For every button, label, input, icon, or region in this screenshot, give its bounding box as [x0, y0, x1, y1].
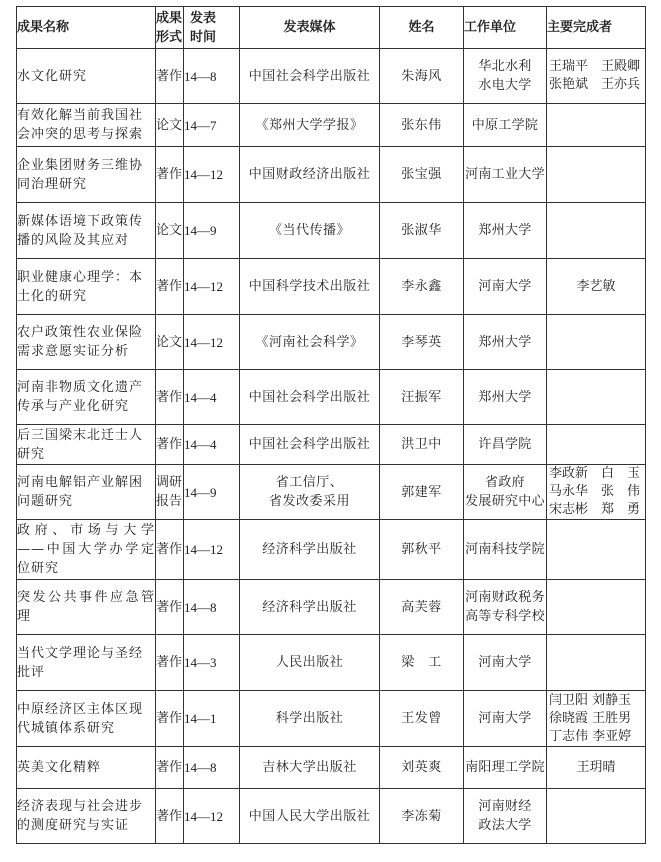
date-cell: 14—12 — [184, 147, 240, 203]
unit-line: 河南财经 — [464, 797, 546, 816]
title-cell: 政府、市场与大学——中国大学办学定位研究 — [17, 520, 156, 580]
name-cell: 张淑华 — [380, 203, 464, 259]
unit-cell: 河南工业大学 — [464, 147, 547, 203]
table-row: 英美文化精粹 著作 14—8 吉林大学出版社 刘英爽 南阳理工学院 王玥晴 — [17, 747, 646, 789]
form-cell: 著作 — [156, 580, 184, 635]
form-cell: 著作 — [156, 147, 184, 203]
title-cell: 新媒体语境下政策传播的风险及其应对 — [17, 203, 156, 259]
form-cell: 论文 — [156, 315, 184, 370]
unit-cell: 河南大学 — [464, 635, 547, 691]
date-cell: 14—7 — [184, 104, 240, 147]
table-row: 政府、市场与大学——中国大学办学定位研究 著作 14—12 经济科学出版社 郭秋… — [17, 520, 646, 580]
name-cell: 梁 工 — [380, 635, 464, 691]
media-cell: 《当代传播》 — [240, 203, 380, 259]
date-cell: 14—4 — [184, 370, 240, 425]
people-cell — [547, 203, 646, 259]
form-cell: 著作 — [156, 789, 184, 844]
unit-cell: 河南科技学院 — [464, 520, 547, 580]
table-row: 有效化解当前我国社会冲突的思考与探索 论文 14—7 《郑州大学学报》 张东伟 … — [17, 104, 646, 147]
form-line: 调研 — [156, 473, 183, 492]
name-cell: 洪卫中 — [380, 425, 464, 465]
name-cell: 李琴英 — [380, 315, 464, 370]
unit-line: 省政府 — [464, 473, 546, 492]
title-cell: 后三国梁末北迁士人研究 — [17, 425, 156, 465]
people-line: 张艳斌 王亦兵 — [547, 76, 645, 94]
unit-cell: 中原工学院 — [464, 104, 547, 147]
date-cell: 14—8 — [184, 747, 240, 789]
media-cell: 中国科学技术出版社 — [240, 259, 380, 315]
people-line: 王瑞平 王殿卿 — [547, 58, 645, 76]
header-media: 发表媒体 — [240, 7, 380, 49]
unit-cell: 省政府发展研究中心 — [464, 465, 547, 520]
title-cell: 河南非物质文化遗产传承与产业化研究 — [17, 370, 156, 425]
header-date-line1: 发表 — [190, 9, 239, 28]
people-line: 徐晓霞 王胜男 — [547, 710, 645, 728]
media-cell: 中国社会科学出版社 — [240, 49, 380, 104]
form-cell: 著作 — [156, 691, 184, 747]
people-cell — [547, 315, 646, 370]
unit-cell: 郑州大学 — [464, 315, 547, 370]
title-cell: 英美文化精粹 — [17, 747, 156, 789]
name-cell: 高芙蓉 — [380, 580, 464, 635]
form-cell: 著作 — [156, 520, 184, 580]
name-cell: 刘英爽 — [380, 747, 464, 789]
media-cell: 《郑州大学学报》 — [240, 104, 380, 147]
header-people: 主要完成者 — [547, 7, 646, 49]
header-form-line2: 形式 — [156, 28, 183, 47]
title-cell: 突发公共事件应急管理 — [17, 580, 156, 635]
people-cell: 王瑞平 王殿卿张艳斌 王亦兵 — [547, 49, 646, 104]
date-cell: 14—12 — [184, 789, 240, 844]
achievements-table: 成果名称 成果形式 发表时间 发表媒体 姓名 工作单位 主要完成者 水文化研究 … — [16, 6, 646, 844]
form-cell: 著作 — [156, 370, 184, 425]
table-row: 企业集团财务三维协同治理研究 著作 14—12 中国财政经济出版社 张宝强 河南… — [17, 147, 646, 203]
form-cell: 调研报告 — [156, 465, 184, 520]
title-cell: 职业健康心理学：本土化的研究 — [17, 259, 156, 315]
form-cell: 著作 — [156, 747, 184, 789]
people-cell — [547, 580, 646, 635]
header-date-line2: 时间 — [190, 28, 239, 47]
name-cell: 郭秋平 — [380, 520, 464, 580]
name-cell: 张东伟 — [380, 104, 464, 147]
people-cell — [547, 520, 646, 580]
unit-cell: 河南财经政法大学 — [464, 789, 547, 844]
media-cell: 科学出版社 — [240, 691, 380, 747]
people-cell — [547, 147, 646, 203]
title-cell: 当代文学理论与圣经批评 — [17, 635, 156, 691]
unit-cell: 南阳理工学院 — [464, 747, 547, 789]
title-cell: 中原经济区主体区现代城镇体系研究 — [17, 691, 156, 747]
people-cell — [547, 370, 646, 425]
name-cell: 张宝强 — [380, 147, 464, 203]
table-row: 水文化研究 著作 14—8 中国社会科学出版社 朱海风 华北水利水电大学 王瑞平… — [17, 49, 646, 104]
title-cell: 农户政策性农业保险需求意愿实证分析 — [17, 315, 156, 370]
people-cell: 李艺敏 — [547, 259, 646, 315]
date-cell: 14—12 — [184, 520, 240, 580]
media-cell: 省工信厅、省发改委采用 — [240, 465, 380, 520]
media-cell: 吉林大学出版社 — [240, 747, 380, 789]
people-line: 丁志伟 李亚婷 — [547, 728, 645, 746]
date-cell: 14—4 — [184, 425, 240, 465]
header-form: 成果形式 — [156, 7, 184, 49]
header-title: 成果名称 — [17, 7, 156, 49]
date-cell: 14—3 — [184, 635, 240, 691]
name-cell: 李冻菊 — [380, 789, 464, 844]
media-cell: 中国财政经济出版社 — [240, 147, 380, 203]
title-cell: 水文化研究 — [17, 49, 156, 104]
table-row: 中原经济区主体区现代城镇体系研究 著作 14—1 科学出版社 王发曾 河南大学 … — [17, 691, 646, 747]
name-cell: 朱海风 — [380, 49, 464, 104]
header-row: 成果名称 成果形式 发表时间 发表媒体 姓名 工作单位 主要完成者 — [17, 7, 646, 49]
media-cell: 中国社会科学出版社 — [240, 425, 380, 465]
table-row: 经济表现与社会进步的测度研究与实证 著作 14—12 中国人民大学出版社 李冻菊… — [17, 789, 646, 844]
form-cell: 论文 — [156, 203, 184, 259]
name-cell: 王发曾 — [380, 691, 464, 747]
date-cell: 14—1 — [184, 691, 240, 747]
unit-line: 水电大学 — [464, 76, 546, 95]
people-cell — [547, 104, 646, 147]
unit-line: 华北水利 — [464, 57, 546, 76]
people-cell: 闫卫阳 刘静玉徐晓霞 王胜男丁志伟 李亚婷 — [547, 691, 646, 747]
title-cell: 有效化解当前我国社会冲突的思考与探索 — [17, 104, 156, 147]
unit-cell: 河南大学 — [464, 691, 547, 747]
media-line: 省发改委采用 — [240, 492, 379, 511]
date-cell: 14—12 — [184, 315, 240, 370]
people-line: 宋志彬 郑 勇 — [547, 501, 645, 519]
unit-cell: 许昌学院 — [464, 425, 547, 465]
table-row: 当代文学理论与圣经批评 著作 14—3 人民出版社 梁 工 河南大学 — [17, 635, 646, 691]
table-row: 河南非物质文化遗产传承与产业化研究 著作 14—4 中国社会科学出版社 汪振军 … — [17, 370, 646, 425]
header-unit: 工作单位 — [464, 7, 547, 49]
media-cell: 《河南社会科学》 — [240, 315, 380, 370]
media-cell: 中国人民大学出版社 — [240, 789, 380, 844]
date-cell: 14—9 — [184, 203, 240, 259]
date-cell: 14—9 — [184, 465, 240, 520]
people-cell: 李政新 白 玉马永华 张 伟宋志彬 郑 勇 — [547, 465, 646, 520]
table-row: 后三国梁末北迁士人研究 著作 14—4 中国社会科学出版社 洪卫中 许昌学院 — [17, 425, 646, 465]
unit-cell: 郑州大学 — [464, 203, 547, 259]
media-cell: 中国社会科学出版社 — [240, 370, 380, 425]
name-cell: 郭建军 — [380, 465, 464, 520]
media-line: 省工信厅、 — [240, 473, 379, 492]
people-cell — [547, 635, 646, 691]
date-cell: 14—8 — [184, 49, 240, 104]
date-cell: 14—8 — [184, 580, 240, 635]
unit-cell: 郑州大学 — [464, 370, 547, 425]
unit-cell: 华北水利水电大学 — [464, 49, 547, 104]
people-cell — [547, 425, 646, 465]
media-cell: 经济科学出版社 — [240, 520, 380, 580]
unit-line: 发展研究中心 — [464, 492, 546, 511]
date-cell: 14—12 — [184, 259, 240, 315]
people-line: 闫卫阳 刘静玉 — [547, 692, 645, 710]
name-cell: 李永鑫 — [380, 259, 464, 315]
media-cell: 经济科学出版社 — [240, 580, 380, 635]
people-cell: 王玥晴 — [547, 747, 646, 789]
table-row: 突发公共事件应急管理 著作 14—8 经济科学出版社 高芙蓉 河南财政税务高等专… — [17, 580, 646, 635]
header-form-line1: 成果 — [156, 9, 183, 28]
table-row: 农户政策性农业保险需求意愿实证分析 论文 14—12 《河南社会科学》 李琴英 … — [17, 315, 646, 370]
form-cell: 论文 — [156, 104, 184, 147]
media-cell: 人民出版社 — [240, 635, 380, 691]
title-cell: 河南电解铝产业解困问题研究 — [17, 465, 156, 520]
unit-line: 河南财政税务 — [464, 588, 546, 607]
header-date: 发表时间 — [184, 7, 240, 49]
form-cell: 著作 — [156, 635, 184, 691]
unit-cell: 河南财政税务高等专科学校 — [464, 580, 547, 635]
unit-line: 政法大学 — [464, 816, 546, 835]
title-cell: 经济表现与社会进步的测度研究与实证 — [17, 789, 156, 844]
unit-line: 高等专科学校 — [464, 607, 546, 626]
form-line: 报告 — [156, 492, 183, 511]
header-name: 姓名 — [380, 7, 464, 49]
people-line: 李政新 白 玉 — [547, 465, 645, 483]
table-row: 职业健康心理学：本土化的研究 著作 14—12 中国科学技术出版社 李永鑫 河南… — [17, 259, 646, 315]
name-cell: 汪振军 — [380, 370, 464, 425]
table-row: 河南电解铝产业解困问题研究 调研报告 14—9 省工信厅、省发改委采用 郭建军 … — [17, 465, 646, 520]
unit-cell: 河南大学 — [464, 259, 547, 315]
people-line: 马永华 张 伟 — [547, 483, 645, 501]
form-cell: 著作 — [156, 425, 184, 465]
table-row: 新媒体语境下政策传播的风险及其应对 论文 14—9 《当代传播》 张淑华 郑州大… — [17, 203, 646, 259]
title-cell: 企业集团财务三维协同治理研究 — [17, 147, 156, 203]
form-cell: 著作 — [156, 49, 184, 104]
people-cell — [547, 789, 646, 844]
form-cell: 著作 — [156, 259, 184, 315]
